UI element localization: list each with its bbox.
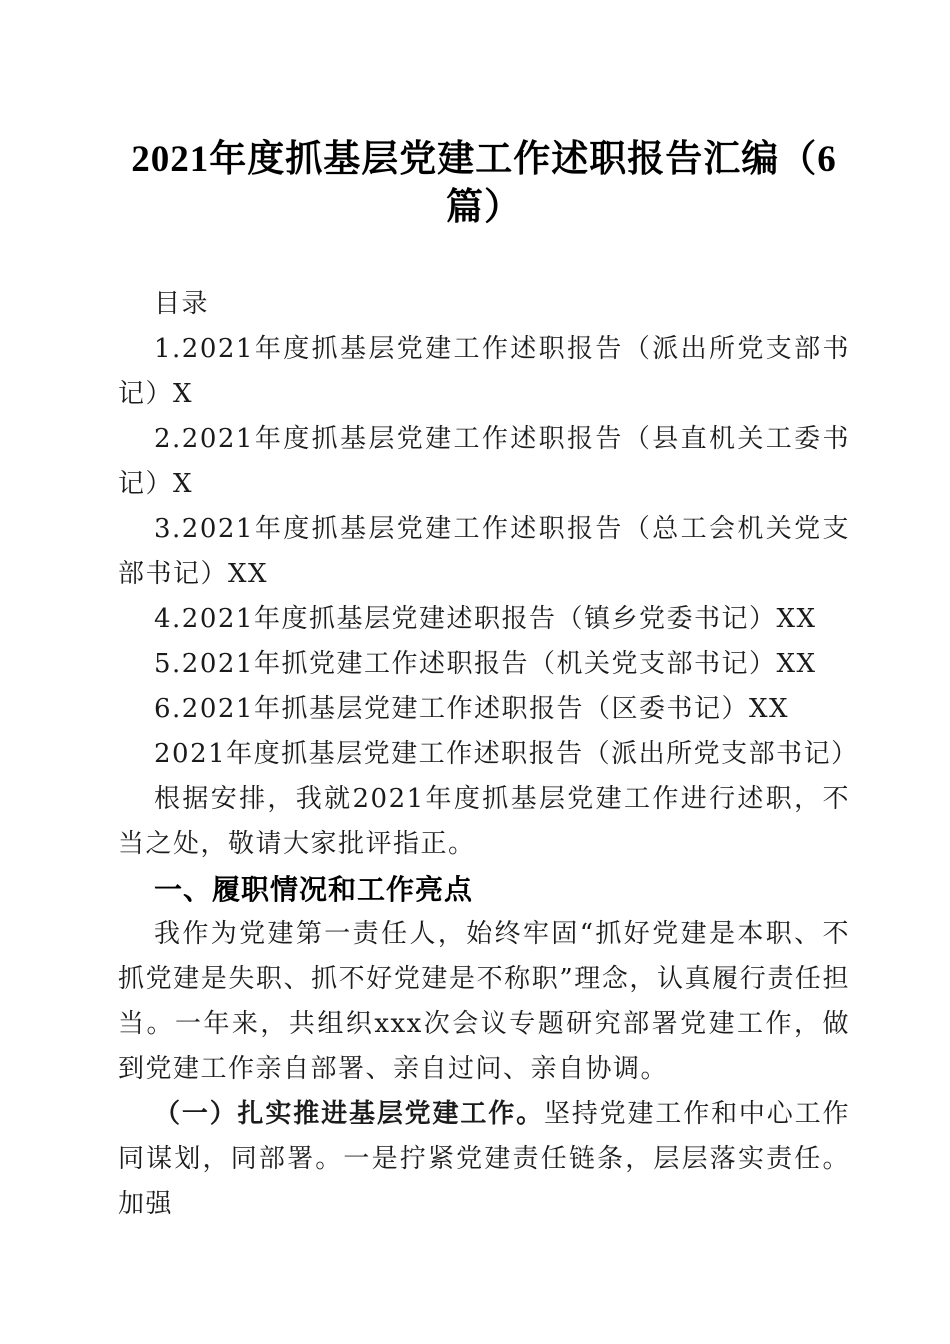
toc-item-6: 6.2021年抓基层党建工作述职报告（区委书记）XX xyxy=(118,687,850,732)
document-page: 2021年度抓基层党建工作述职报告汇编（6篇） 目录 1.2021年度抓基层党建… xyxy=(0,0,950,1344)
section-heading-1: 一、履职情况和工作亮点 xyxy=(118,867,850,912)
toc-item-2: 2.2021年度抓基层党建工作述职报告（县直机关工委书记）X xyxy=(118,417,850,507)
report-subtitle: 2021年度抓基层党建工作述职报告（派出所党支部书记） xyxy=(118,732,850,777)
document-body: 目录 1.2021年度抓基层党建工作述职报告（派出所党支部书记）X 2.2021… xyxy=(118,282,850,1227)
paragraph-intro: 根据安排，我就2021年度抓基层党建工作进行述职，不当之处，敬请大家批评指正。 xyxy=(118,777,850,867)
toc-label: 目录 xyxy=(118,282,850,327)
document-title: 2021年度抓基层党建工作述职报告汇编（6篇） xyxy=(118,136,850,232)
toc-item-3: 3.2021年度抓基层党建工作述职报告（总工会机关党支部书记）XX xyxy=(118,507,850,597)
toc-item-1: 1.2021年度抓基层党建工作述职报告（派出所党支部书记）X xyxy=(118,327,850,417)
paragraph-performance: 我作为党建第一责任人，始终牢固“抓好党建是本职、不抓党建是失职、抓不好党建是不称… xyxy=(118,912,850,1092)
toc-item-5: 5.2021年抓党建工作述职报告（机关党支部书记）XX xyxy=(118,642,850,687)
paragraph-item-1-lead: （一）扎实推进基层党建工作。 xyxy=(154,1099,544,1129)
paragraph-item-1: （一）扎实推进基层党建工作。坚持党建工作和中心工作同谋划，同部署。一是拧紧党建责… xyxy=(118,1092,850,1227)
toc-item-4: 4.2021年度抓基层党建述职报告（镇乡党委书记）XX xyxy=(118,597,850,642)
